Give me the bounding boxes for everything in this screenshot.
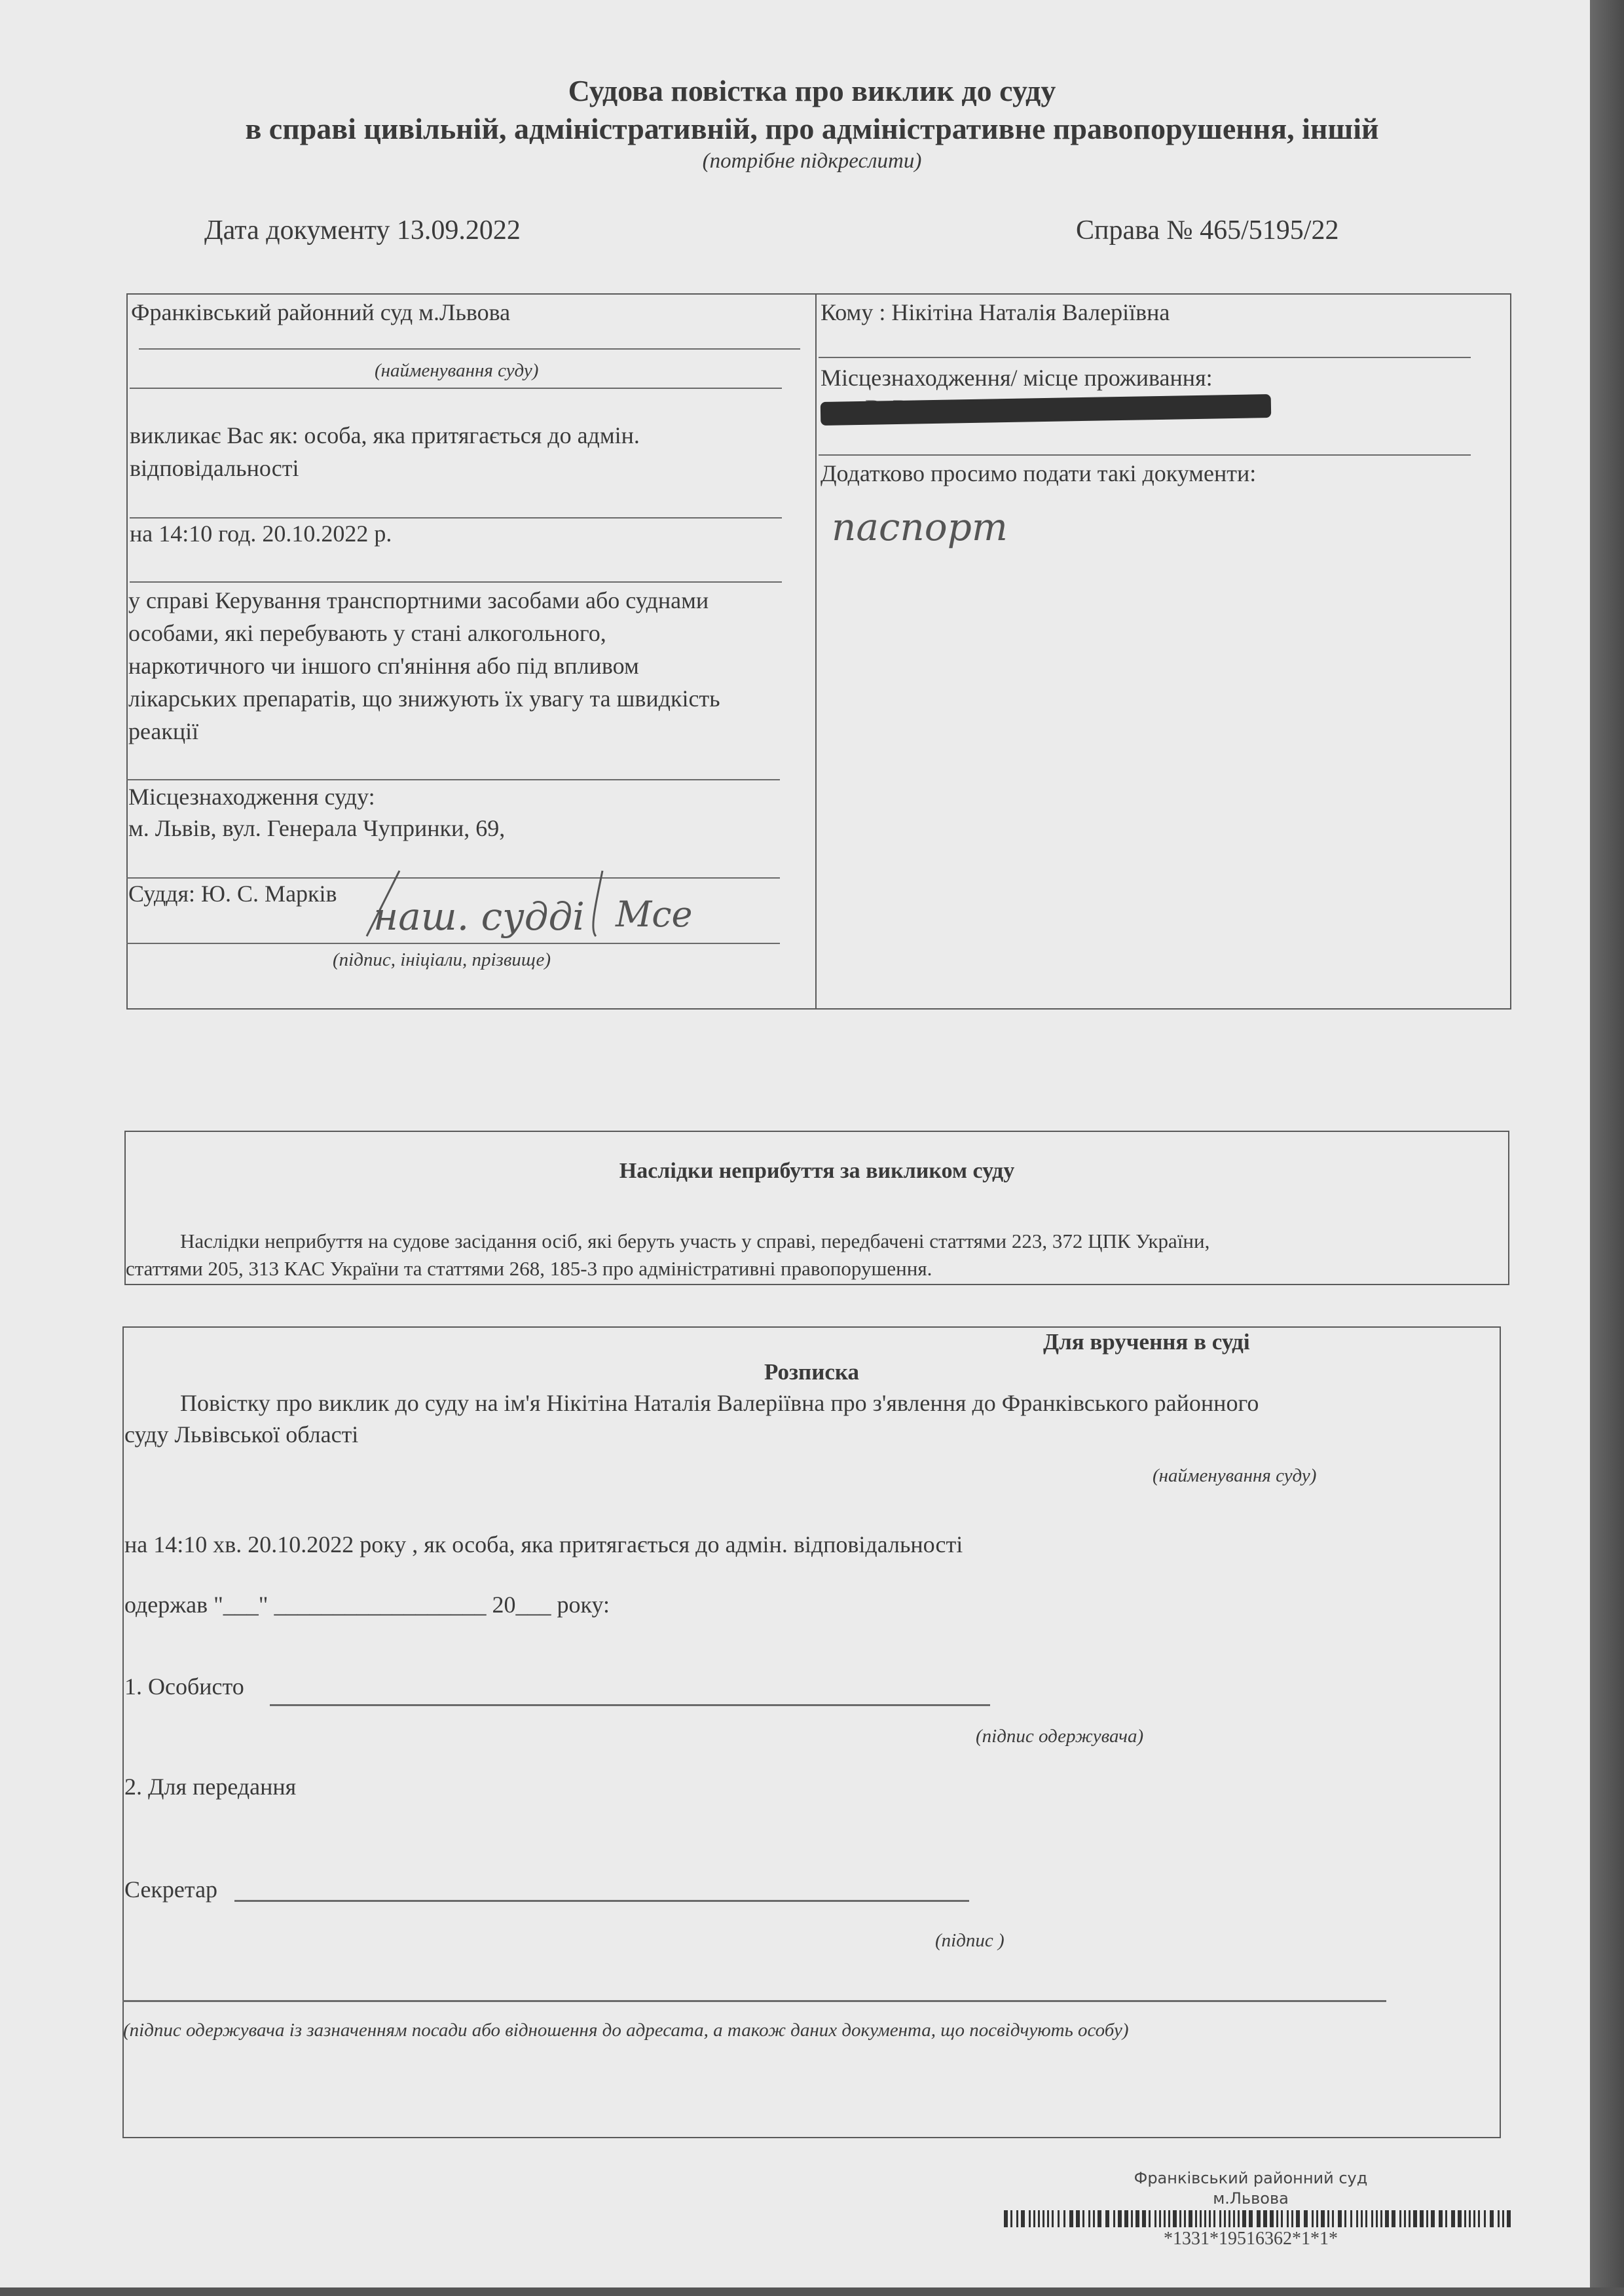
footer-court-line2: м.Львова [982,2189,1519,2208]
case-subject-line2: особами, які перебувають у стані алкогол… [128,617,606,649]
court-name: Франківський районний суд м.Львова [131,296,510,329]
secretary-label: Секретар [124,1876,217,1903]
judge-caption: (підпис, ініціали, прізвище) [333,949,551,971]
rule [130,388,782,389]
case-subject-line3: наркотичного чи іншого сп'яніння або під… [128,649,639,682]
receipt-time-line: на 14:10 хв. 20.10.2022 року , як особа,… [124,1531,963,1558]
rule [819,454,1471,456]
hearing-time: на 14:10 год. 20.10.2022 р. [130,517,392,550]
receiver-signature-line[interactable] [122,2000,1386,2002]
case-subject-line4: лікарських препаратів, що знижують їх ув… [128,682,720,715]
recipient-name: Кому : Нікітіна Наталія Валеріївна [821,296,1170,329]
rule [139,348,800,350]
court-name-caption: (найменування суду) [375,360,538,382]
rule [130,581,782,583]
personally-signature-line[interactable] [270,1704,990,1706]
judge-signature: наш. судді Мсе [354,864,747,956]
svg-text:наш. судді: наш. судді [373,894,585,939]
rule [819,357,1471,358]
receiver-sign-caption: (підпис одержувача із зазначенням посади… [123,2020,1129,2041]
scan-edge-right [1590,0,1624,2296]
documents-label: Додатково просимо подати такі документи: [821,457,1256,490]
receipt-box [122,1326,1501,2138]
received-date-field[interactable]: одержав "___" __________________ 20___ р… [124,1591,610,1618]
court-location-label: Місцезнаходження суду: [128,780,375,813]
case-subject-line1: у справі Керування транспортними засобам… [128,584,709,617]
barcode-text: *1331*19516362*1*1* [982,2229,1519,2250]
document-date: Дата документу 13.09.2022 [204,215,521,246]
court-address: м. Львів, вул. Генерала Чупринки, 69, [128,812,505,845]
receipt-title: Розписка [122,1359,1501,1385]
table-divider [815,293,817,1010]
consequences-text-line1: Наслідки неприбуття на судове засідання … [180,1230,1209,1253]
transfer-label: 2. Для передання [124,1773,296,1800]
document-title: Судова повістка про виклик до суду [0,73,1624,108]
scan-edge-bottom [0,2287,1624,2296]
consequences-text-line2: статтями 205, 313 КАС України та статтям… [126,1257,932,1281]
svg-text:Мсе: Мсе [615,894,693,935]
for-court-label: Для вручення в суді [1043,1329,1250,1355]
barcode [1004,2210,1508,2227]
receipt-body-line1: Повістку про виклик до суду на ім'я Нікі… [180,1389,1259,1417]
recipient-sign-caption: (підпис одержувача) [976,1726,1143,1747]
title-note: (потрібне підкреслити) [0,149,1624,173]
personally-label: 1. Особисто [124,1673,244,1700]
address-label: Місцезнаходження/ місце проживання: [821,361,1213,394]
svg-text:паспорт: паспорт [832,505,1008,549]
case-number: Справа № 465/5195/22 [1076,215,1338,246]
document-subtitle: в справі цивільній, адміністративній, пр… [0,111,1624,146]
secretary-signature-line[interactable] [234,1900,969,1902]
summons-role-line1: викликає Вас як: особа, яка притягається… [130,419,640,452]
secretary-sign-caption: (підпис ) [935,1930,1005,1952]
footer-court-line1: Франківський районний суд [982,2169,1519,2187]
receipt-body-line2: суду Львівської області [124,1421,358,1448]
rule [126,943,780,944]
receipt-court-caption: (найменування суду) [1153,1465,1316,1487]
documents-handwriting: паспорт [828,488,1064,579]
consequences-title: Наслідки неприбуття за викликом суду [124,1159,1509,1184]
summons-role-line2: відповідальності [130,452,299,484]
case-subject-line5: реакції [128,715,198,748]
judge-name-text: Суддя: Ю. С. Марків [128,877,337,910]
